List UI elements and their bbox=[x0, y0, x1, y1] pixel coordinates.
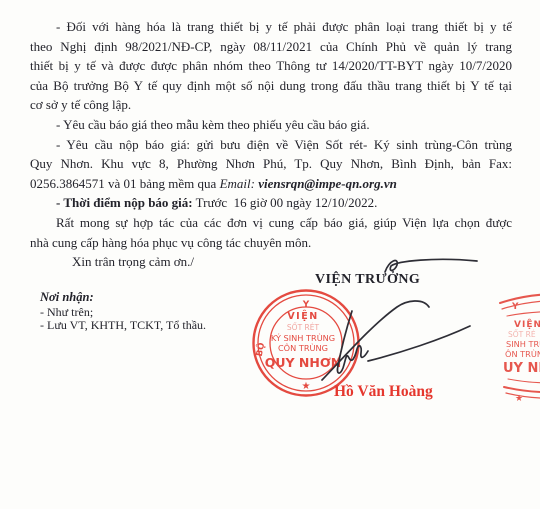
signer-name: Hồ Văn Hoàng bbox=[334, 383, 433, 401]
body-line: - Yêu cầu báo giá theo mẫu kèm theo phiế… bbox=[30, 115, 512, 135]
body-line: Rất mong sự hợp tác của các đơn vị cung … bbox=[30, 213, 512, 233]
partial-stamp-inner-top-arc bbox=[507, 312, 540, 317]
body-line: theo Nghị định 98/2021/NĐ-CP, ngày 08/11… bbox=[30, 37, 512, 57]
body-line: - Yêu cầu nộp báo giá: gửi bưu điện về V… bbox=[30, 135, 512, 155]
partial-stamp-text: UY NHƠ bbox=[503, 361, 540, 376]
partial-stamp-text: ÔN TRÙN bbox=[505, 348, 540, 359]
partial-stamp: Y VIỆN SỐT RÉ SINH TRÙ ÔN TRÙN UY NHƠ ★ bbox=[478, 283, 540, 413]
body-line-deadline: - Thời điểm nộp báo giá: Trước 16 giờ 00… bbox=[30, 193, 512, 213]
body-line: cơ sở y tế công lập. bbox=[30, 95, 512, 115]
body-line: Quy Nhơn. Khu vực 8, Phường Nhơn Phú, Tp… bbox=[30, 154, 512, 174]
signature-paraph-stroke bbox=[385, 259, 477, 272]
scanned-letter-page: - Đối với hàng hóa là trang thiết bị y t… bbox=[0, 0, 540, 509]
partial-stamp-text: SỐT RÉ bbox=[508, 329, 536, 339]
deadline-label: - Thời điểm nộp báo giá: bbox=[56, 195, 193, 210]
partial-stamp-inner-bottom-arc bbox=[508, 379, 540, 383]
body-line-email: 0256.3864571 và 01 bảng mềm qua Email: v… bbox=[30, 174, 512, 194]
signer-title: VIỆN TRƯỞNG bbox=[315, 272, 420, 288]
recipient-item: - Như trên; bbox=[40, 306, 206, 320]
signature-tail-stroke bbox=[368, 326, 470, 361]
recipient-item: - Lưu VT, KHTH, TCKT, Tổ thầu. bbox=[40, 319, 206, 333]
email-line-prefix: 0256.3864571 và 01 bảng mềm qua bbox=[30, 176, 220, 191]
partial-stamp-text: SINH TRÙ bbox=[506, 338, 540, 349]
email-label: Email: bbox=[220, 176, 259, 191]
partial-stamp-bottom-arc bbox=[504, 387, 540, 392]
partial-stamp-ring-letter: Y bbox=[511, 302, 519, 312]
signature-loop-stroke bbox=[337, 311, 368, 373]
recipients-heading: Nơi nhận: bbox=[40, 291, 206, 305]
recipients-block: Nơi nhận: - Như trên; - Lưu VT, KHTH, TC… bbox=[40, 291, 206, 333]
body-line: - Đối với hàng hóa là trang thiết bị y t… bbox=[30, 17, 512, 37]
body-line: thiết bị y tế và được được phân nhóm the… bbox=[30, 56, 512, 76]
partial-stamp-text: VIỆN bbox=[514, 319, 540, 330]
deadline-value: Trước 16 giờ 00 ngày 12/10/2022. bbox=[193, 195, 378, 210]
body-line: của Bộ trưởng Bộ Y tế quy định một số nộ… bbox=[30, 76, 512, 96]
letter-body: - Đối với hàng hóa là trang thiết bị y t… bbox=[30, 17, 512, 272]
star-icon: ★ bbox=[515, 394, 523, 404]
body-line: nhà cung cấp hàng hóa phục vụ công tác c… bbox=[30, 233, 512, 253]
email-address: viensrqn@impe-qn.org.vn bbox=[258, 176, 397, 191]
